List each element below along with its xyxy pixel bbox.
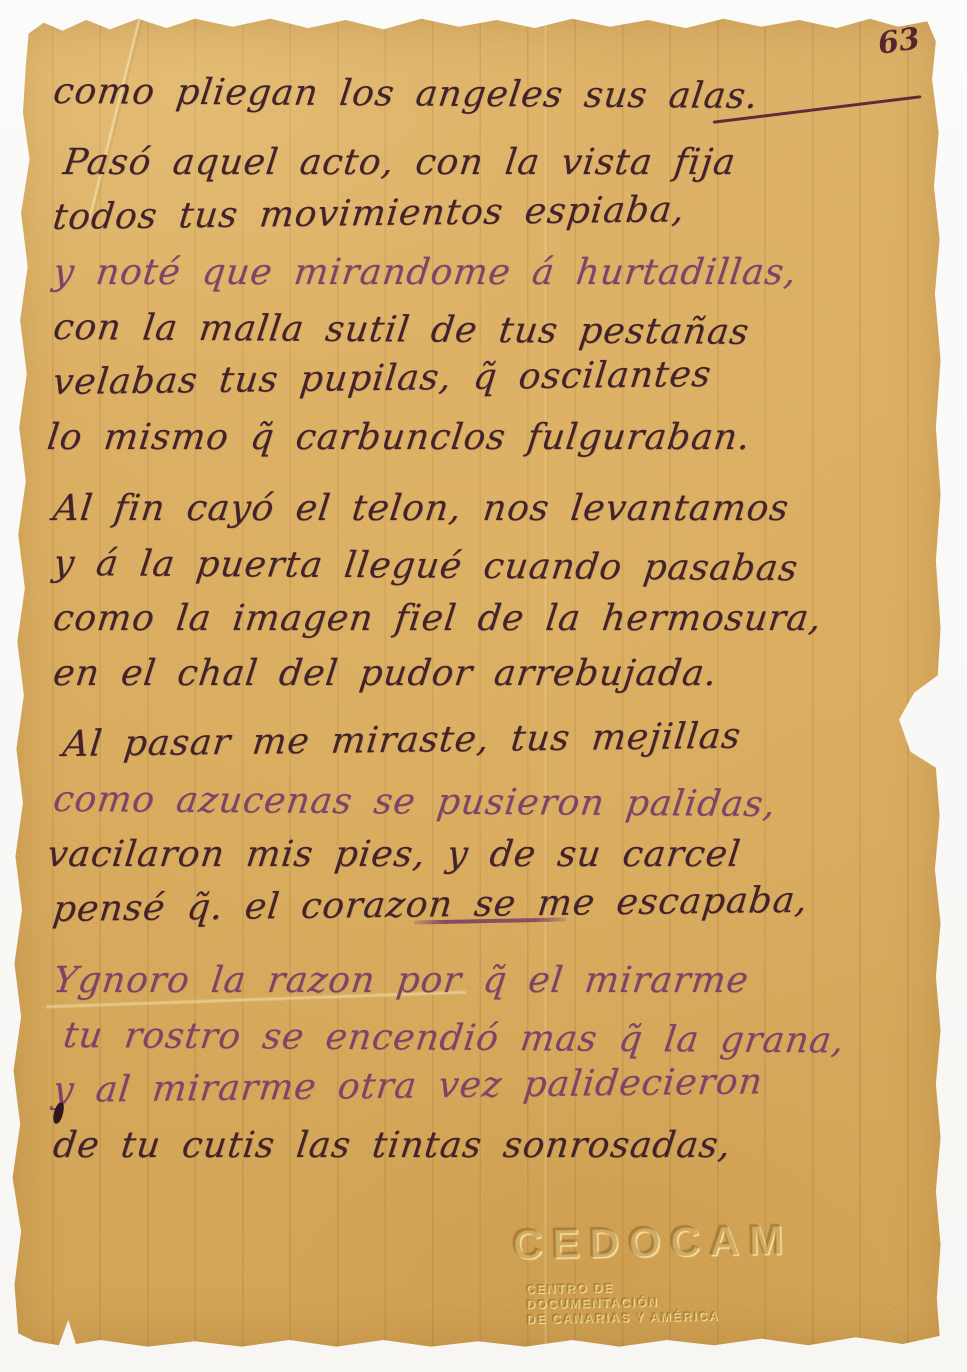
scan-background: 63 como pliegan los angeles sus alas.Pas… xyxy=(0,0,967,1372)
poem-line: y noté que mirandome á hurtadillas, xyxy=(50,245,937,300)
cedocam-emboss-stamp: CEDOCAM CENTRO DE DOCUMENTACIÓN DE CANAR… xyxy=(512,1218,792,1325)
page-number: 63 xyxy=(876,21,922,61)
poem-line: de tu cutis las tintas sonrosadas, xyxy=(50,1118,937,1173)
poem-line: lo mismo q̃ carbunclos fulguraban. xyxy=(44,410,937,465)
stamp-title: CEDOCAM xyxy=(512,1216,793,1269)
poem-line: en el chal del pudor arrebujada. xyxy=(50,646,937,701)
poem-line: todos tus movimientos espiaba, xyxy=(50,179,937,245)
poem-line: Al fin cayó el telon, nos levantamos xyxy=(50,481,937,536)
poem-line: Ygnoro la razon por q̃ el mirarme xyxy=(50,953,937,1008)
poem-line: y á la puerta llegué cuando pasabas xyxy=(50,536,936,597)
poem-line: Al pasar me miraste, tus mejillas xyxy=(60,706,937,772)
poem-line: como pliegan los angeles sus alas. xyxy=(50,64,936,125)
poem-line: como la imagen fiel de la hermosura, xyxy=(50,591,937,646)
paper-sheet: 63 como pliegan los angeles sus alas.Pas… xyxy=(6,12,950,1352)
stamp-subtitle: CENTRO DE DOCUMENTACIÓN DE CANARIAS Y AM… xyxy=(526,1278,793,1328)
manuscript-text: como pliegan los angeles sus alas.Pasó a… xyxy=(50,64,930,1173)
poem-line: como azucenas se pusieron palidas, xyxy=(50,772,936,833)
poem-line: y al mirarme otra vez palidecieron xyxy=(50,1052,937,1118)
poem-line: pensé q̃. el corazon se me escapaba, xyxy=(50,871,937,937)
poem-line: velabas tus pupilas, q̃ oscilantes xyxy=(50,344,937,410)
stamp-subtitle-line: DE CANARIAS Y AMÉRICA xyxy=(526,1308,792,1328)
